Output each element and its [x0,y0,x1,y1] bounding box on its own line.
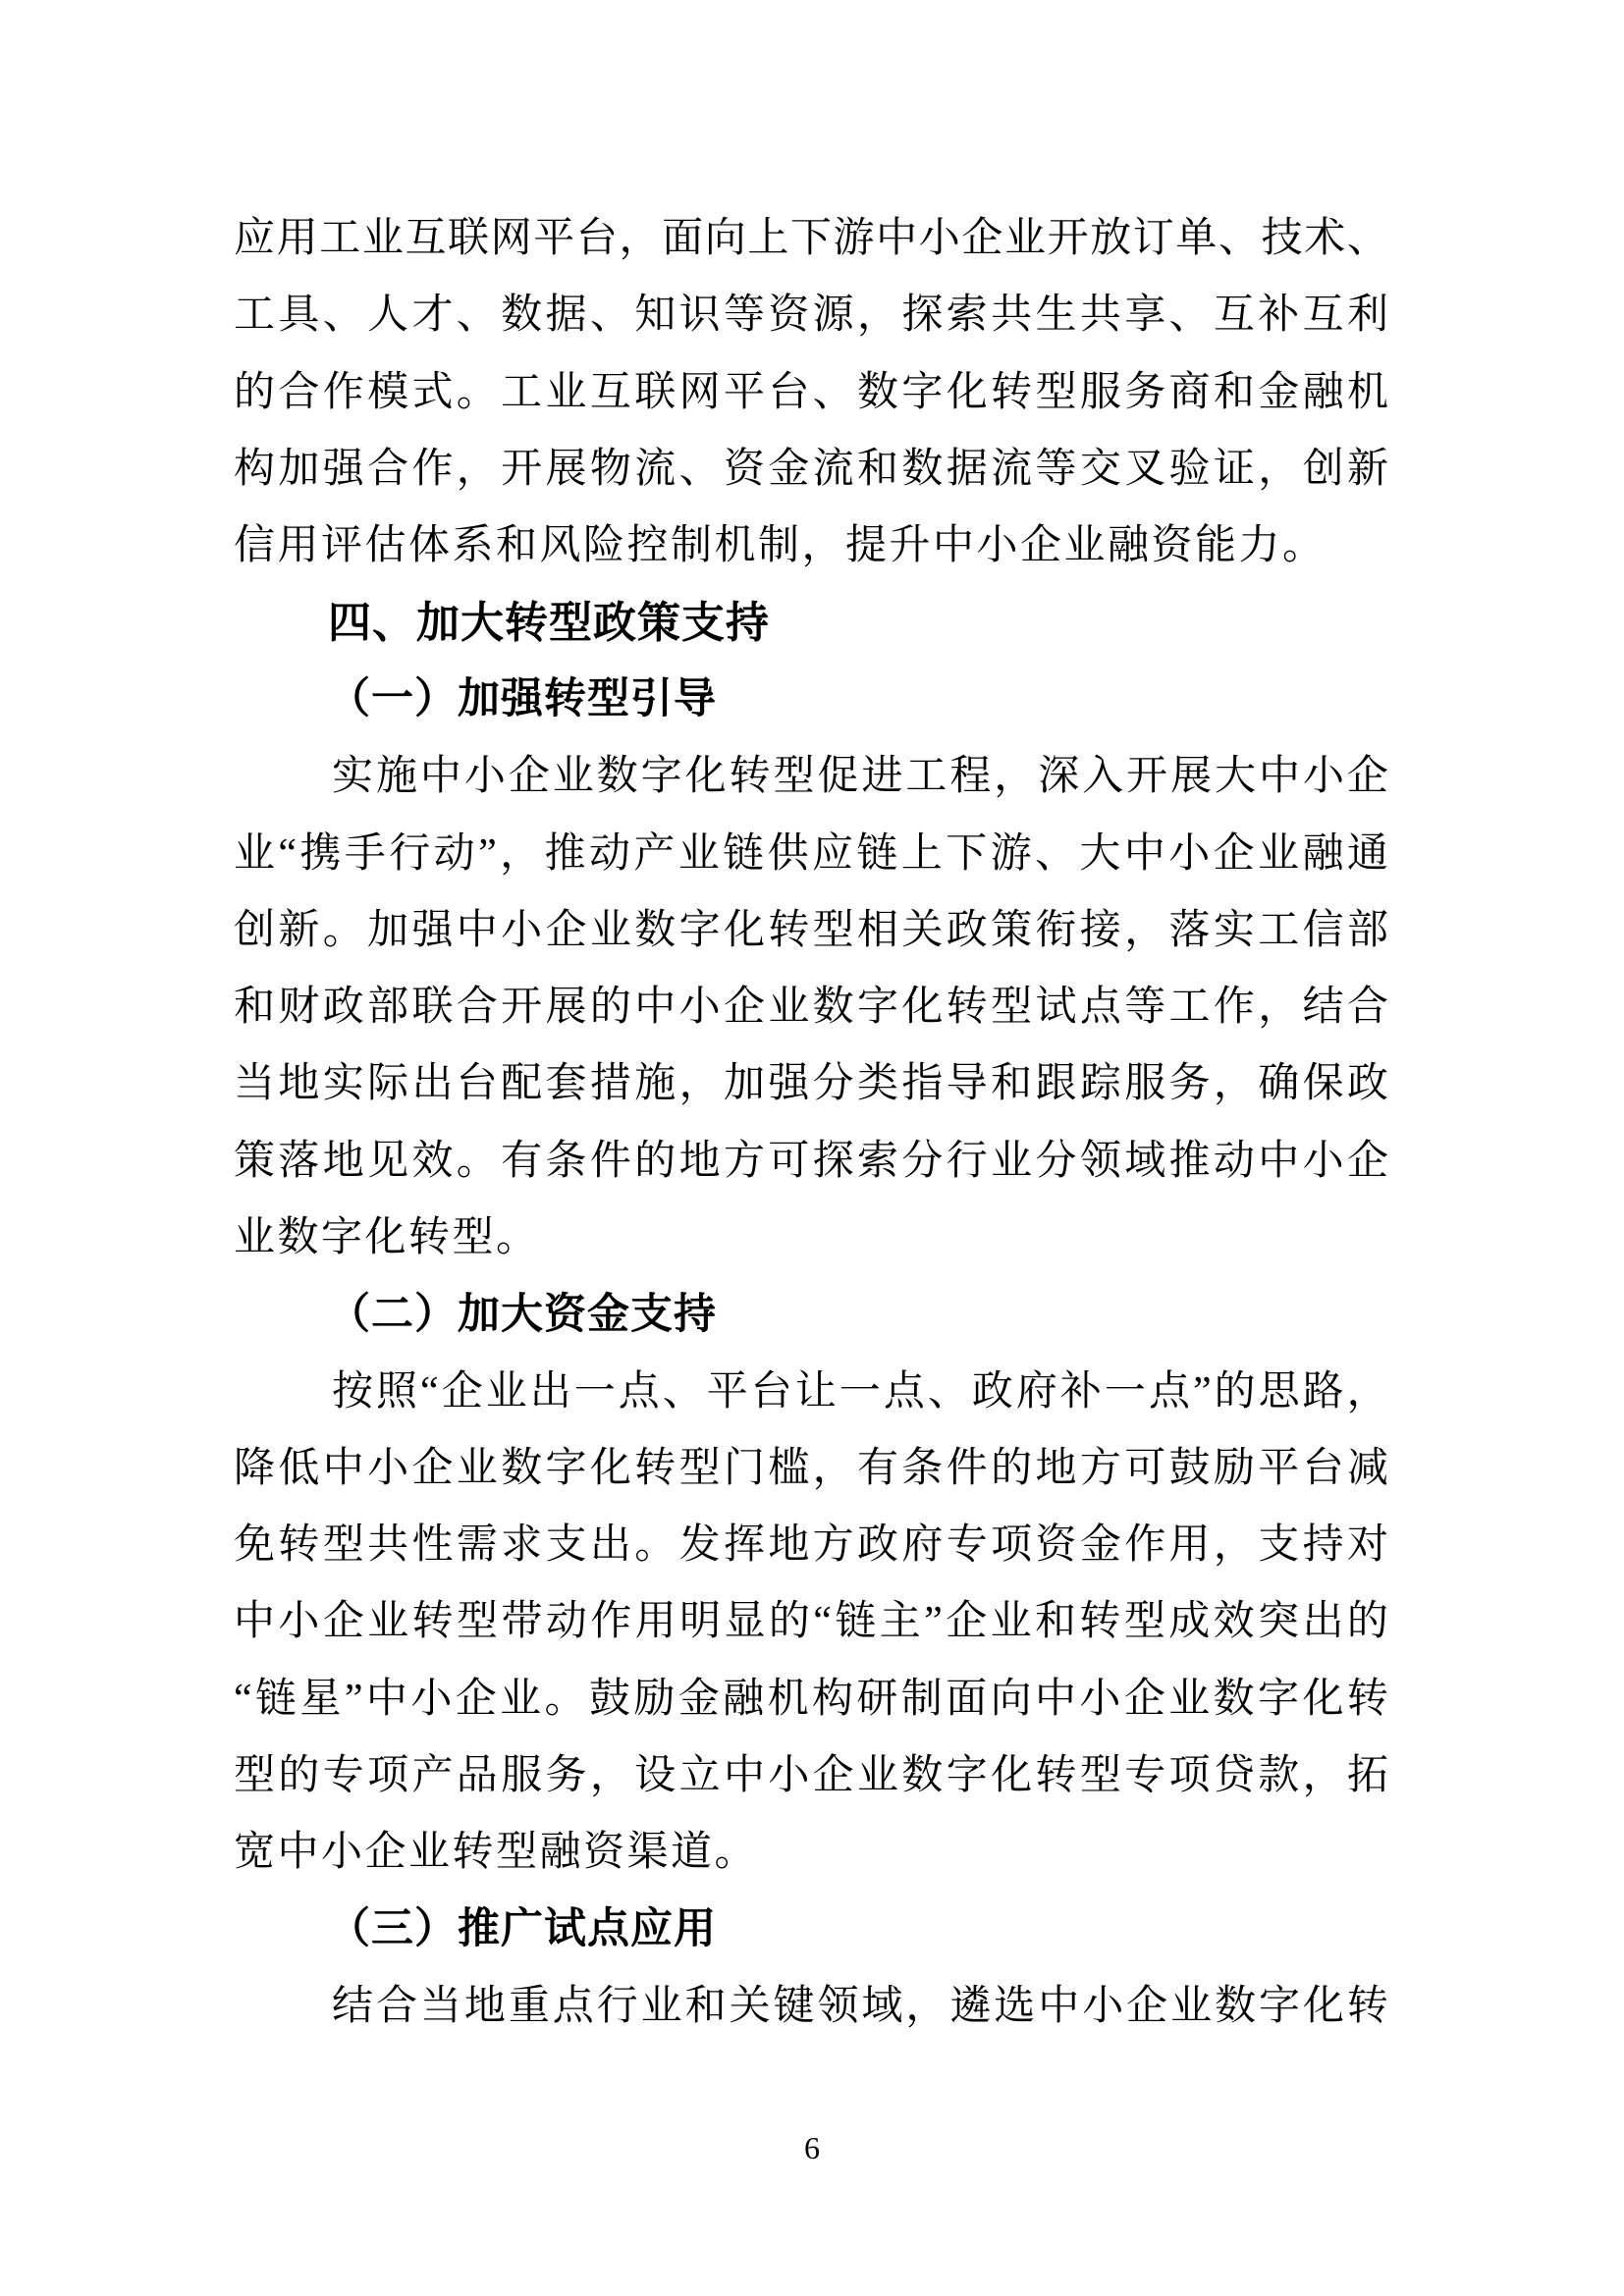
subsection-heading: （三）推广试点应用 [234,1892,1388,1968]
body-text-line: 业数字化转型。 [234,1200,1388,1276]
body-text-line: 创新。加强中小企业数字化转型相关政策衔接，落实工信部 [234,892,1388,969]
section-heading: 四、加大转型政策支持 [234,584,1388,661]
text-block: 应用工业互联网平台，面向上下游中小企业开放订单、技术、工具、人才、数据、知识等资… [234,200,1388,2045]
body-text-line: 构加强合作，开展物流、资金流和数据流等交叉验证，创新 [234,431,1388,507]
page-number: 6 [0,2128,1624,2167]
body-text-line: 免转型共性需求支出。发挥地方政府专项资金作用，支持对 [234,1507,1388,1583]
subsection-heading: （一）加强转型引导 [234,662,1388,738]
body-text-line: 宽中小企业转型融资渠道。 [234,1814,1388,1891]
body-text-line: 降低中小企业数字化转型门槛，有条件的地方可鼓励平台减 [234,1430,1388,1507]
body-text-line: 的合作模式。工业互联网平台、数字化转型服务商和金融机 [234,354,1388,431]
body-text-line: “链星”中小企业。鼓励金融机构研制面向中小企业数字化转 [234,1661,1388,1737]
body-text-line: 和财政部联合开展的中小企业数字化转型试点等工作，结合 [234,969,1388,1045]
body-text-line: 信用评估体系和风险控制机制，提升中小企业融资能力。 [234,507,1388,584]
document-page: 应用工业互联网平台，面向上下游中小企业开放订单、技术、工具、人才、数据、知识等资… [0,0,1624,2296]
subsection-heading: （二）加大资金支持 [234,1276,1388,1353]
body-text-line: 应用工业互联网平台，面向上下游中小企业开放订单、技术、 [234,200,1388,277]
body-text-line: 结合当地重点行业和关键领域，遴选中小企业数字化转 [234,1968,1388,2045]
body-text-line: 工具、人才、数据、知识等资源，探索共生共享、互补互利 [234,277,1388,353]
body-text-line: 按照“企业出一点、平台让一点、政府补一点”的思路， [234,1353,1388,1429]
body-text-line: 实施中小企业数字化转型促进工程，深入开展大中小企 [234,738,1388,815]
body-text-line: 型的专项产品服务，设立中小企业数字化转型专项贷款，拓 [234,1737,1388,1814]
body-text-line: 当地实际出台配套措施，加强分类指导和跟踪服务，确保政 [234,1045,1388,1122]
body-text-line: 中小企业转型带动作用明显的“链主”企业和转型成效突出的 [234,1583,1388,1660]
body-text-line: 策落地见效。有条件的地方可探索分行业分领域推动中小企 [234,1123,1388,1200]
body-text-line: 业“携手行动”，推动产业链供应链上下游、大中小企业融通 [234,815,1388,891]
